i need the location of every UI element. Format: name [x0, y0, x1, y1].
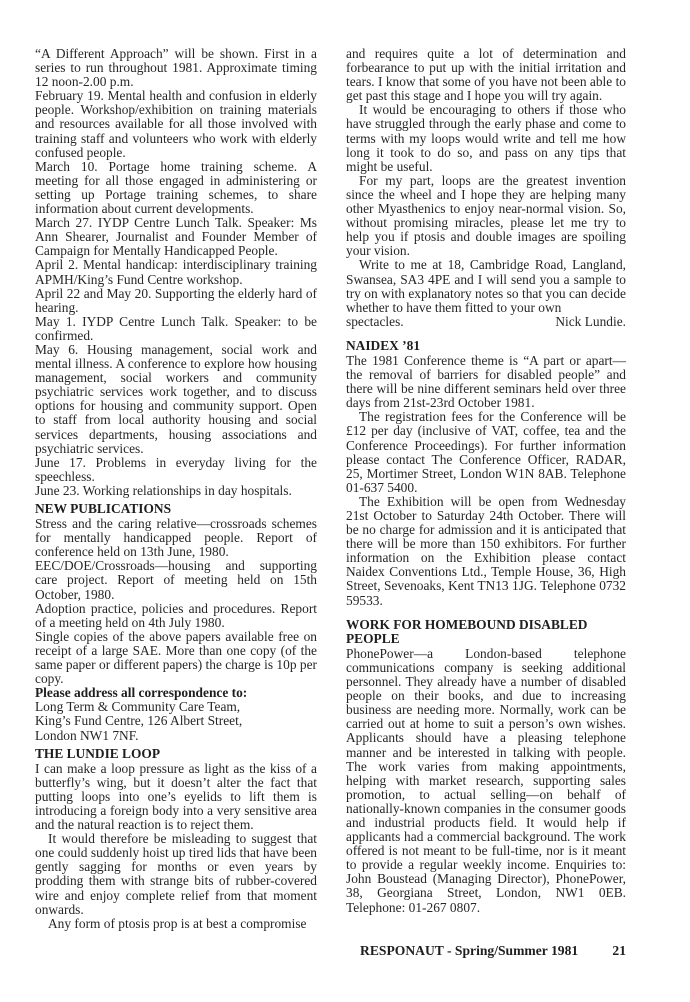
address-line: King’s Fund Centre, 126 Albert Street, [35, 714, 317, 728]
publication-item: Stress and the caring relative—crossroad… [35, 517, 317, 559]
last-word: spectacles. [346, 315, 404, 329]
right-column: and requires quite a lot of determinatio… [346, 47, 626, 915]
article-paragraph: I can make a loop pressure as light as t… [35, 762, 317, 832]
article-paragraph: It would be encouraging to others if tho… [346, 103, 626, 173]
publication-title: RESPONAUT - Spring/Summer 1981 [360, 944, 578, 958]
author-signature: Nick Lundie. [555, 315, 626, 329]
publication-note: Single copies of the above papers availa… [35, 630, 317, 686]
correspondence-address: Please address all correspondence to: Lo… [35, 686, 317, 742]
event-item: April 2. Mental handicap: interdisciplin… [35, 258, 317, 286]
new-publications-heading: NEW PUBLICATIONS [35, 502, 317, 516]
article-paragraph: PhonePower—a London-based telephone comm… [346, 647, 626, 915]
event-item: May 6. Housing management, social work a… [35, 343, 317, 456]
event-item: March 10. Portage home training scheme. … [35, 160, 317, 216]
magazine-page: “A Different Approach” will be shown. Fi… [0, 0, 690, 1002]
address-label: Please address all correspondence to: [35, 686, 317, 700]
events-intro: “A Different Approach” will be shown. Fi… [35, 47, 317, 89]
article-paragraph: The Exhibition will be open from Wednesd… [346, 495, 626, 608]
article-paragraph: and requires quite a lot of determinatio… [346, 47, 626, 103]
work-homebound-heading: WORK FOR HOMEBOUND DISABLED PEOPLE [346, 618, 626, 646]
article-paragraph: For my part, loops are the greatest inve… [346, 174, 626, 259]
event-item: June 23. Working relationships in day ho… [35, 484, 317, 498]
article-paragraph: The registration fees for the Conference… [346, 410, 626, 495]
event-item: June 17. Problems in everyday living for… [35, 456, 317, 484]
address-line: London NW1 7NF. [35, 729, 317, 743]
event-item: February 19. Mental health and confusion… [35, 89, 317, 159]
naidex-heading: NAIDEX ’81 [346, 339, 626, 353]
page-footer: RESPONAUT - Spring/Summer 1981 21 [360, 944, 626, 958]
lundie-loop-heading: THE LUNDIE LOOP [35, 747, 317, 761]
publication-item: EEC/DOE/Crossroads—housing and supportin… [35, 559, 317, 601]
article-paragraph: It would therefore be misleading to sugg… [35, 832, 317, 917]
event-item: March 27. IYDP Centre Lunch Talk. Speake… [35, 216, 317, 258]
article-paragraph: Any form of ptosis prop is at best a com… [35, 917, 317, 931]
page-number: 21 [612, 944, 626, 958]
article-paragraph: The 1981 Conference theme is “A part or … [346, 354, 626, 410]
event-item: May 1. IYDP Centre Lunch Talk. Speaker: … [35, 315, 317, 343]
publication-item: Adoption practice, policies and procedur… [35, 602, 317, 630]
event-item: April 22 and May 20. Supporting the elde… [35, 287, 317, 315]
article-paragraph: Write to me at 18, Cambridge Road, Langl… [346, 258, 626, 314]
left-column: “A Different Approach” will be shown. Fi… [35, 47, 317, 931]
address-line: Long Term & Community Care Team, [35, 700, 317, 714]
signature-line: spectacles. Nick Lundie. [346, 315, 626, 329]
